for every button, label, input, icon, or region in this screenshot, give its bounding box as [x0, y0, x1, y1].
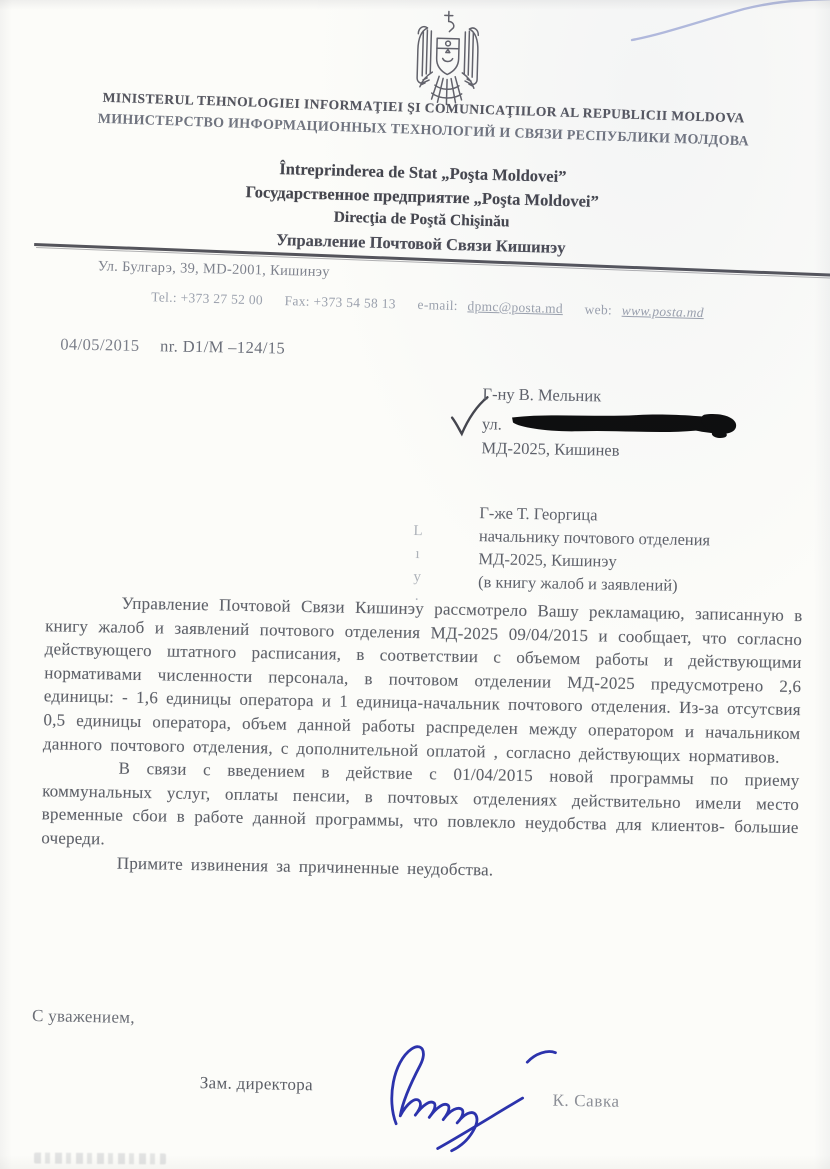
moldova-coat-of-arms-icon — [390, 7, 505, 110]
recipient-primary-block: Г-ну В. Мельник ул. МД-2025, Кишинев — [481, 382, 740, 465]
fax-number: Fax: +373 54 58 13 — [284, 293, 396, 311]
signer-name: К. Савка — [552, 1091, 619, 1112]
bleed-mark: у — [407, 566, 427, 589]
telephone-number: Tel.: +373 27 52 00 — [151, 289, 263, 307]
pen-stroke-artifact — [626, 0, 830, 56]
letter-number: nr. D1/M –124/15 — [160, 336, 285, 357]
footer-smudge-artifact — [34, 1153, 166, 1165]
body-paragraph: Управление Почтовой Связи Кишинэу рассмо… — [43, 590, 803, 769]
closing-salutation: С уважением, — [32, 1006, 135, 1028]
recipient-secondary-block: Г-же Т. Георгица начальнику почтового от… — [478, 501, 711, 597]
letter-body: Управление Почтовой Связи Кишинэу рассмо… — [41, 590, 803, 887]
signer-title: Зам. директора — [200, 1073, 313, 1095]
recipient-secondary-note: (в книгу жалоб и заявлений) — [478, 570, 710, 597]
bleed-mark: ı — [407, 543, 427, 566]
recipient-primary-city: МД-2025, Кишинев — [481, 436, 739, 465]
email-label: e-mail: — [417, 297, 458, 313]
email-address: dpmc@posta.md — [467, 298, 563, 316]
scanned-letter-page: MINISTERUL TEHNOLOGIEI INFORMAŢIEI ŞI CO… — [0, 0, 830, 1169]
bleed-mark: L — [408, 520, 428, 543]
signature-scribble — [380, 1037, 572, 1155]
street-address: Ул. Булгарэ, 39, MD-2001, Кишинэу — [98, 258, 330, 281]
recipient-primary-street-line: ул. — [482, 406, 740, 441]
letter-date: 04/05/2015 — [60, 334, 140, 354]
web-label: web: — [584, 302, 612, 318]
redaction-bar — [508, 407, 740, 440]
web-address: www.posta.md — [622, 303, 705, 320]
reference-line: 04/05/2015 nr. D1/M –124/15 — [60, 334, 285, 358]
organization-block: Întreprinderea de Stat „Poşta Moldovei” … — [121, 153, 723, 264]
contact-line: Tel.: +373 27 52 00 Fax: +373 54 58 13 e… — [151, 289, 704, 321]
body-paragraph: В связи с введением в действие с 01/04/2… — [41, 755, 800, 863]
street-prefix: ул. — [482, 414, 502, 433]
